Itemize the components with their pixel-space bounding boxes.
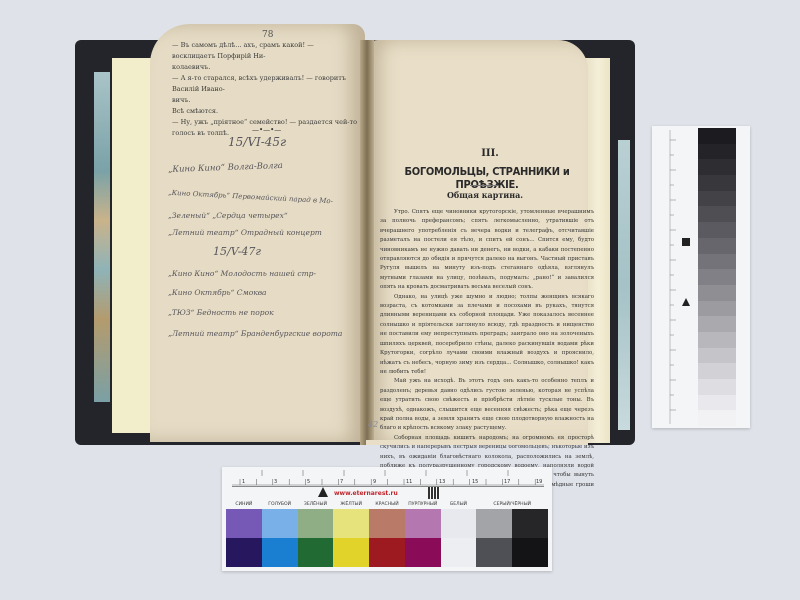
ruler-tick-label: 15	[472, 479, 478, 485]
gray-step	[698, 301, 736, 317]
swatch-green-dark	[298, 538, 334, 567]
color-label: ЖЁЛТЫЙ	[333, 502, 369, 507]
gray-step	[698, 363, 736, 379]
handwritten-note: „ТЮЗ“ Бедность не порок	[168, 308, 274, 317]
gray-step	[698, 206, 736, 222]
handwritten-note: „Кино Кино“ Волга-Волга	[168, 161, 283, 175]
gray-step	[698, 191, 736, 207]
swatch-green-light	[298, 509, 334, 538]
gray-scale-steps	[698, 128, 736, 426]
color-label: СЕРЫЙ/ЧЁРНЫЙ	[476, 502, 548, 507]
gray-step	[698, 348, 736, 364]
section-title: Общая картина.	[430, 190, 540, 200]
swatch-white-2	[441, 538, 477, 567]
gray-step	[698, 144, 736, 160]
swatch-magenta-dark	[405, 538, 441, 567]
typed-line: — Въ самомъ дѣлѣ... ахъ, срамъ какой! — …	[172, 40, 357, 62]
ruler-tick-label: 1	[242, 479, 245, 485]
gray-step	[698, 332, 736, 348]
ornament: —•—•—	[252, 126, 281, 134]
handwritten-note: „Кино Кино“ Молодость нашей стр-	[168, 269, 316, 278]
page-bottom-cover	[366, 440, 588, 445]
gray-step	[698, 159, 736, 175]
swatch-cyan-light	[262, 509, 298, 538]
swatch-cyan-dark	[262, 538, 298, 567]
color-label: СИНИЙ	[226, 502, 262, 507]
book-gutter	[360, 40, 374, 445]
swatch-yellow-dark	[333, 538, 369, 567]
color-label: ЗЕЛЁНЫЙ	[298, 502, 334, 507]
swatch-white	[441, 509, 477, 538]
color-labels: СИНИЙ ГОЛУБОЙ ЗЕЛЁНЫЙ ЖЁЛТЫЙ КРАСНЫЙ ПУР…	[226, 502, 548, 507]
brand-url: www.eternarest.ru	[334, 490, 398, 497]
page-number: 78	[262, 30, 273, 40]
swatch-black-2	[512, 538, 548, 567]
swatch-blue-dark	[226, 538, 262, 567]
handwritten-date: 15/VI-45г	[228, 135, 286, 149]
gray-step	[698, 379, 736, 395]
color-label: ГОЛУБОЙ	[262, 502, 298, 507]
ruler-tick-label: 11	[406, 479, 412, 485]
color-label: БЕЛЫЙ	[441, 502, 477, 507]
color-label: КРАСНЫЙ	[369, 502, 405, 507]
swatch-blue-light	[226, 509, 262, 538]
gray-step	[698, 222, 736, 238]
color-label: ПУРПУРНЫЙ	[405, 502, 441, 507]
typed-line: колаевичъ.	[172, 62, 357, 73]
chapter-number: III.	[440, 148, 540, 159]
marbled-edge-right	[618, 140, 630, 430]
ruler-tick-label: 5	[307, 479, 310, 485]
paragraph: Однако, на улицѣ уже шумно и людно; толп…	[380, 293, 594, 378]
swatch-gray-light	[476, 509, 512, 538]
gray-step	[698, 316, 736, 332]
swatch-gray-dark	[476, 538, 512, 567]
ruler-tick-label: 19	[536, 479, 542, 485]
left-typed-text: — Въ самомъ дѣлѣ... ахъ, срамъ какой! — …	[172, 40, 357, 139]
marbled-edge-left	[94, 72, 110, 402]
gray-step	[698, 175, 736, 191]
ruler-tick-label: 17	[504, 479, 510, 485]
handwritten-note: „Летний театр“ Бранденбургские ворота	[168, 329, 342, 338]
gray-step	[698, 254, 736, 270]
chapter-body: Утро. Спятъ еще чиновники крутогорскіе, …	[380, 208, 594, 500]
qr-code-icon	[428, 487, 440, 499]
handwritten-date: 15/V-47г	[213, 245, 261, 258]
paragraph: Утро. Спятъ еще чиновники крутогорскіе, …	[380, 208, 594, 293]
pencil-mark: 42	[368, 420, 378, 429]
title-rule	[470, 185, 498, 186]
gray-step	[698, 285, 736, 301]
ruler-tick-label: 3	[274, 479, 277, 485]
typed-line: — А я-то старался, всѣхъ удерживалъ! — г…	[172, 73, 357, 95]
handwritten-note: „Зеленый“ „Сердца четырех“	[168, 211, 288, 220]
typed-line: вичъ.	[172, 95, 357, 106]
handwritten-notes: 15/VI-45г „Кино Кино“ Волга-Волга „Кино …	[168, 135, 363, 375]
typed-line: Всѣ смѣются.	[172, 106, 357, 117]
gray-card-ruler	[656, 130, 696, 424]
color-swatches	[226, 509, 548, 567]
handwritten-note: „Летний театр“ Отрадный концерт	[168, 228, 322, 237]
handwritten-note: „Кино Октябрь“ Первомайский парад в Мо-	[168, 189, 333, 206]
brand-logo-icon	[318, 487, 328, 497]
gray-step	[698, 410, 736, 426]
swatch-yellow-light	[333, 509, 369, 538]
ruler-tick-label: 13	[439, 479, 445, 485]
swatch-black	[512, 509, 548, 538]
color-card-ruler: 1 3 5 7 9 11 13 15 17 19	[232, 470, 544, 487]
gray-step	[698, 128, 736, 144]
gray-step	[698, 395, 736, 411]
paragraph: Май ужъ на исходѣ. Въ этотъ годъ онъ как…	[380, 377, 594, 433]
ruler-tick-label: 9	[373, 479, 376, 485]
gray-step	[698, 269, 736, 285]
swatch-red-dark	[369, 538, 405, 567]
swatch-magenta-light	[405, 509, 441, 538]
ruler-tick-label: 7	[340, 479, 343, 485]
swatch-red-light	[369, 509, 405, 538]
handwritten-note: „Кино Октябрь“ Смоква	[168, 288, 267, 297]
gray-step	[698, 238, 736, 254]
chapter-title: БОГОМОЛЬЦЫ, СТРАННИКИ и ПРОѢЗЖІЕ.	[378, 165, 596, 191]
